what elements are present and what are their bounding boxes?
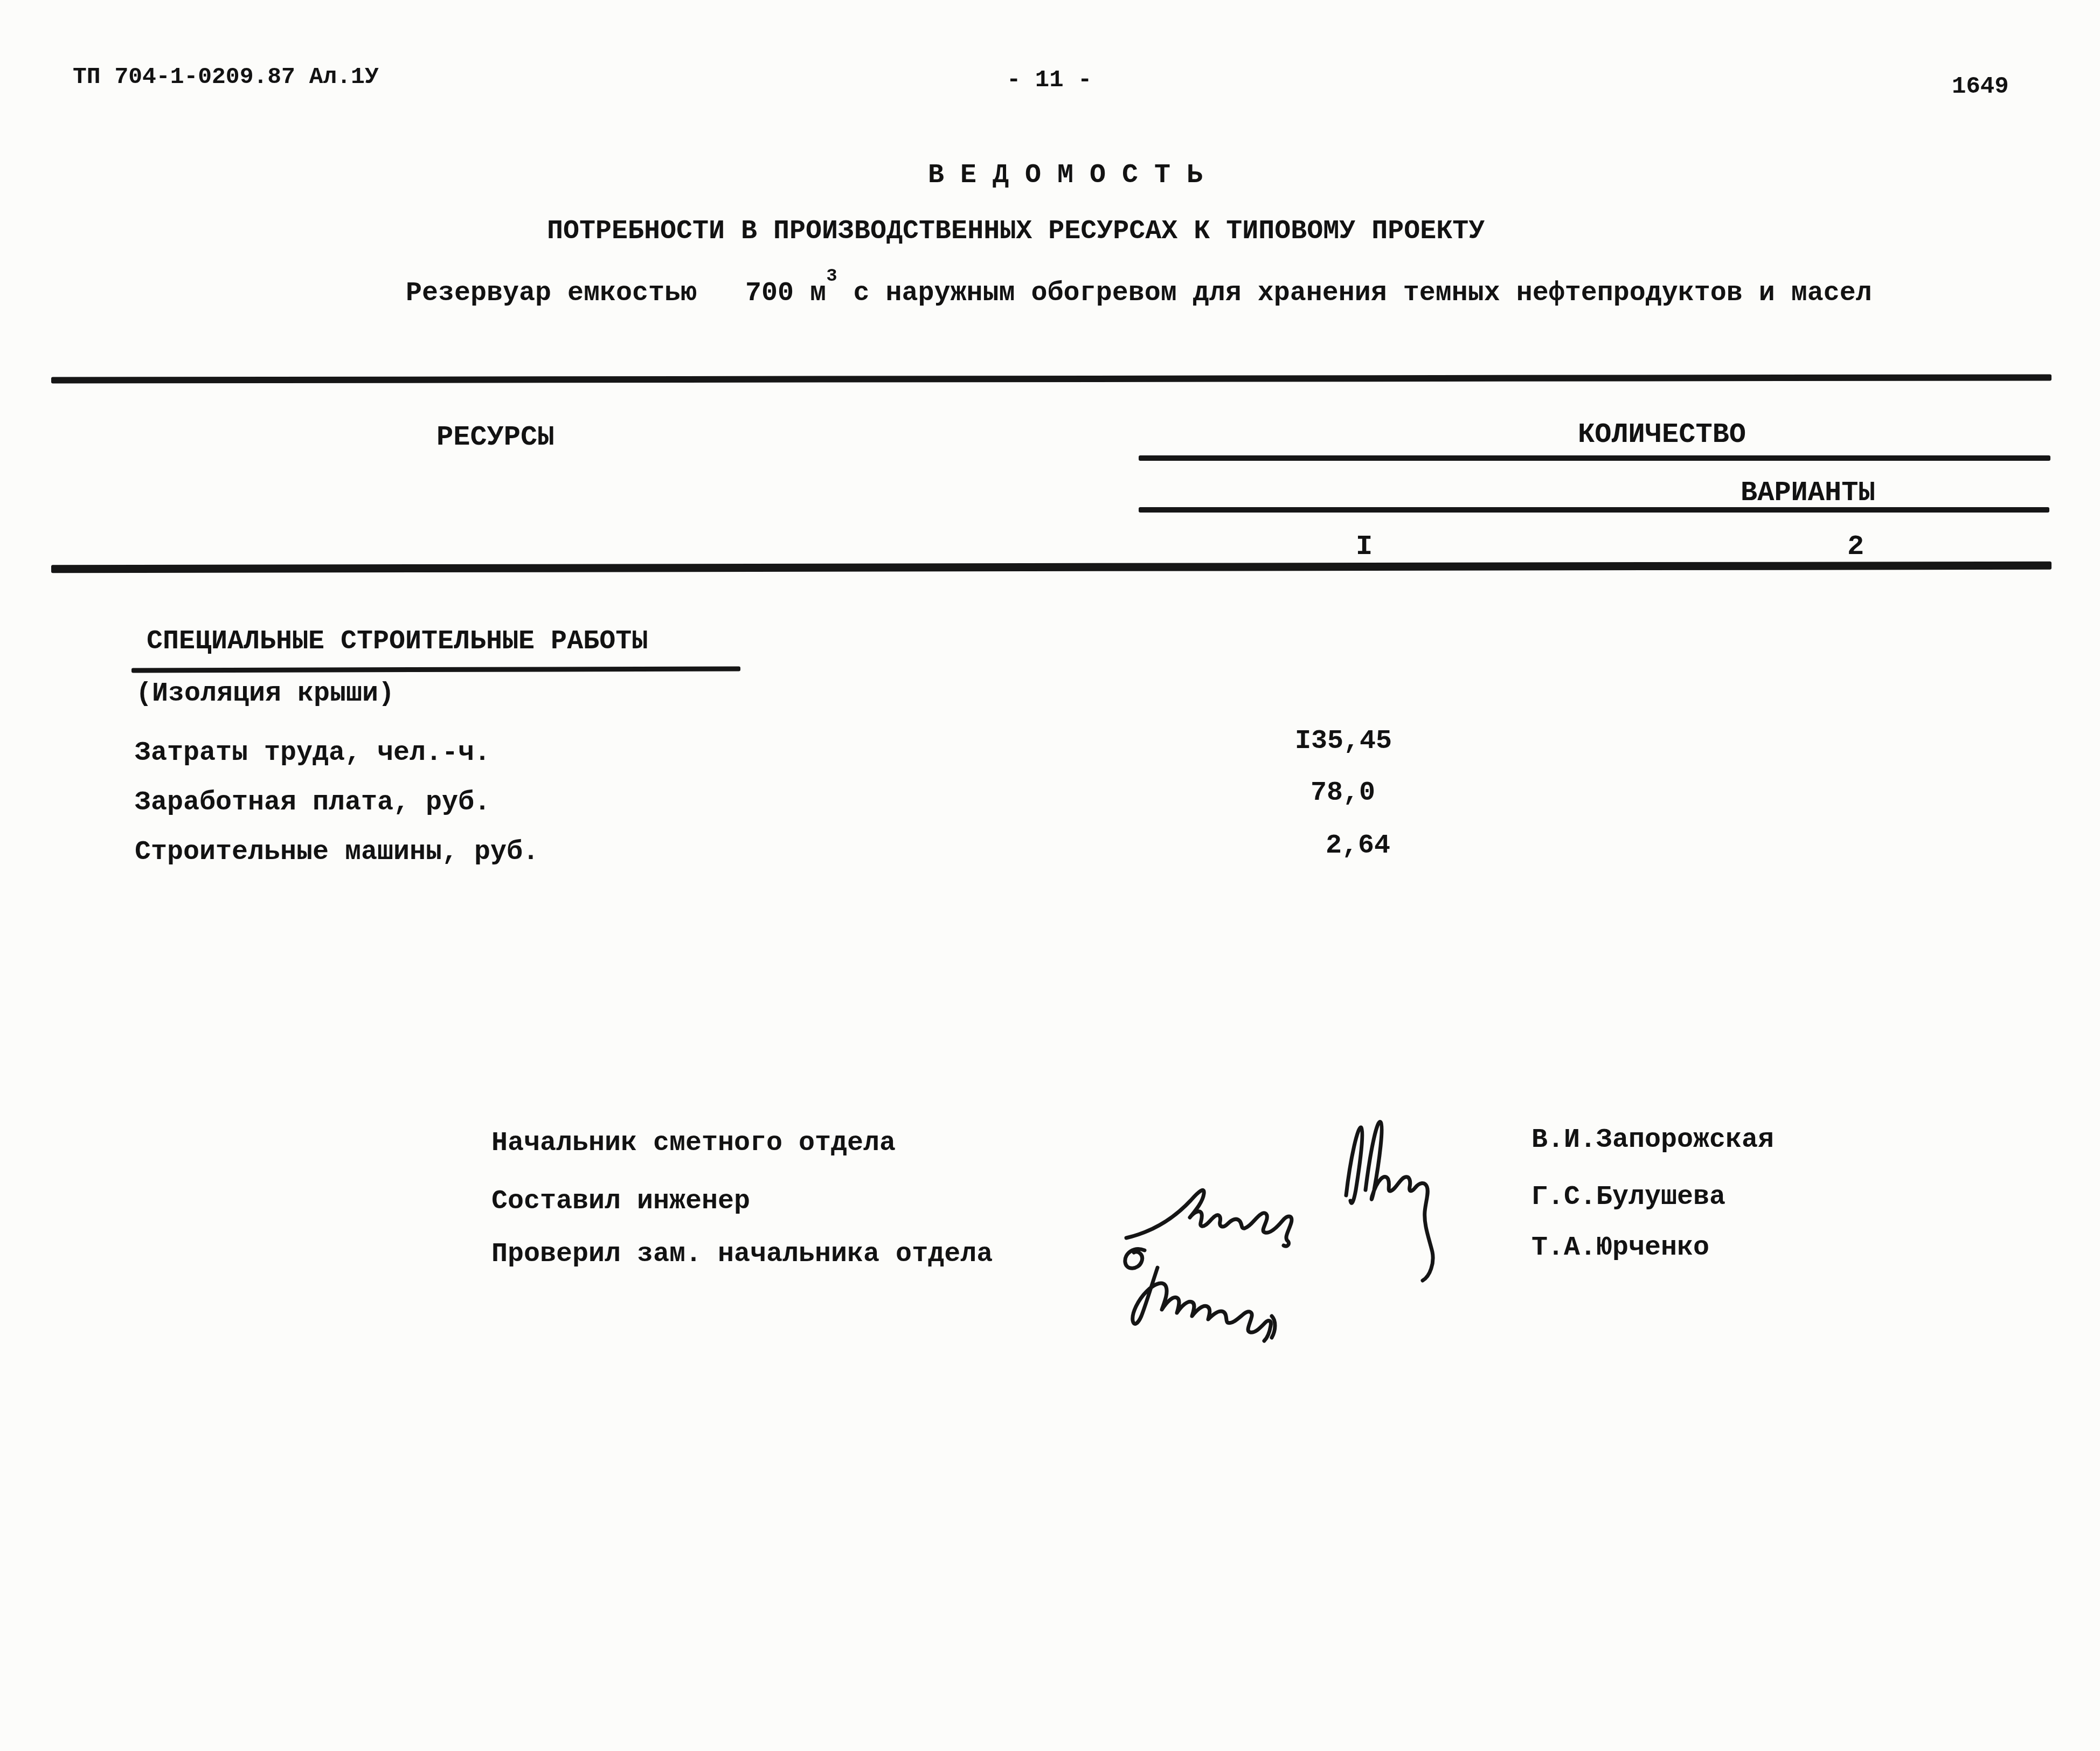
document-object-line: Резервуар емкостью 700 м3 с наружным обо…: [406, 277, 1872, 308]
section-title: СПЕЦИАЛЬНЫЕ СТРОИТЕЛЬНЫЕ РАБОТЫ: [147, 628, 648, 656]
object-text-suffix: с наружным обогревом для хранения темных…: [837, 278, 1872, 309]
document-title: В Е Д О М О С Т Ь: [928, 162, 1203, 190]
row-value-variant1: 2,64: [1326, 832, 1390, 861]
signature-scribble-yurchenko: [1114, 1235, 1314, 1343]
row-label: Затраты труда, чел.-ч.: [135, 739, 490, 768]
quantity-column-rule: [1139, 455, 2050, 461]
column-header-resources: РЕСУРСЫ: [436, 423, 554, 453]
object-text-prefix: Резервуар емкостью 700 м: [406, 278, 826, 309]
table-top-rule: [51, 374, 2052, 383]
scanned-document-page: ТП 704-1-0209.87 Ал.1У - 11 - 1649 В Е Д…: [0, 0, 2100, 1751]
variants-column-rule: [1139, 507, 2049, 513]
table-header-bottom-rule: [51, 562, 2052, 573]
signature-role: Проверил зам. начальника отдела: [491, 1241, 993, 1269]
signature-name: Г.С.Булушева: [1531, 1184, 1725, 1212]
row-value-variant1: 78,0: [1311, 779, 1375, 808]
row-value-variant1: I35,45: [1295, 728, 1392, 756]
column-header-variant-2: 2: [1847, 532, 1864, 562]
row-label: Заработная плата, руб.: [135, 789, 490, 818]
page-number: - 11 -: [1007, 68, 1092, 93]
signature-role: Составил инженер: [491, 1188, 750, 1216]
row-label: Строительные машины, руб.: [135, 839, 539, 867]
signature-role: Начальник сметного отдела: [491, 1130, 896, 1158]
column-header-variants: ВАРИАНТЫ: [1741, 479, 1875, 508]
section-title-underline: [131, 667, 740, 673]
sheet-number: 1649: [1952, 74, 2009, 99]
doc-code: ТП 704-1-0209.87 Ал.1У: [73, 65, 379, 89]
section-note: (Изоляция крыши): [136, 680, 394, 709]
signature-name: Т.А.Юрченко: [1531, 1234, 1709, 1263]
signature-name: В.И.Запорожская: [1531, 1126, 1774, 1155]
column-header-quantity: КОЛИЧЕСТВО: [1578, 420, 1746, 450]
document-subtitle: ПОТРЕБНОСТИ В ПРОИЗВОДСТВЕННЫХ РЕСУРСАХ …: [547, 218, 1485, 246]
column-header-variant-1: I: [1356, 532, 1373, 562]
object-volume-sup: 3: [826, 266, 837, 287]
signature-scribble-zaporozhskaya: [1330, 1109, 1459, 1292]
